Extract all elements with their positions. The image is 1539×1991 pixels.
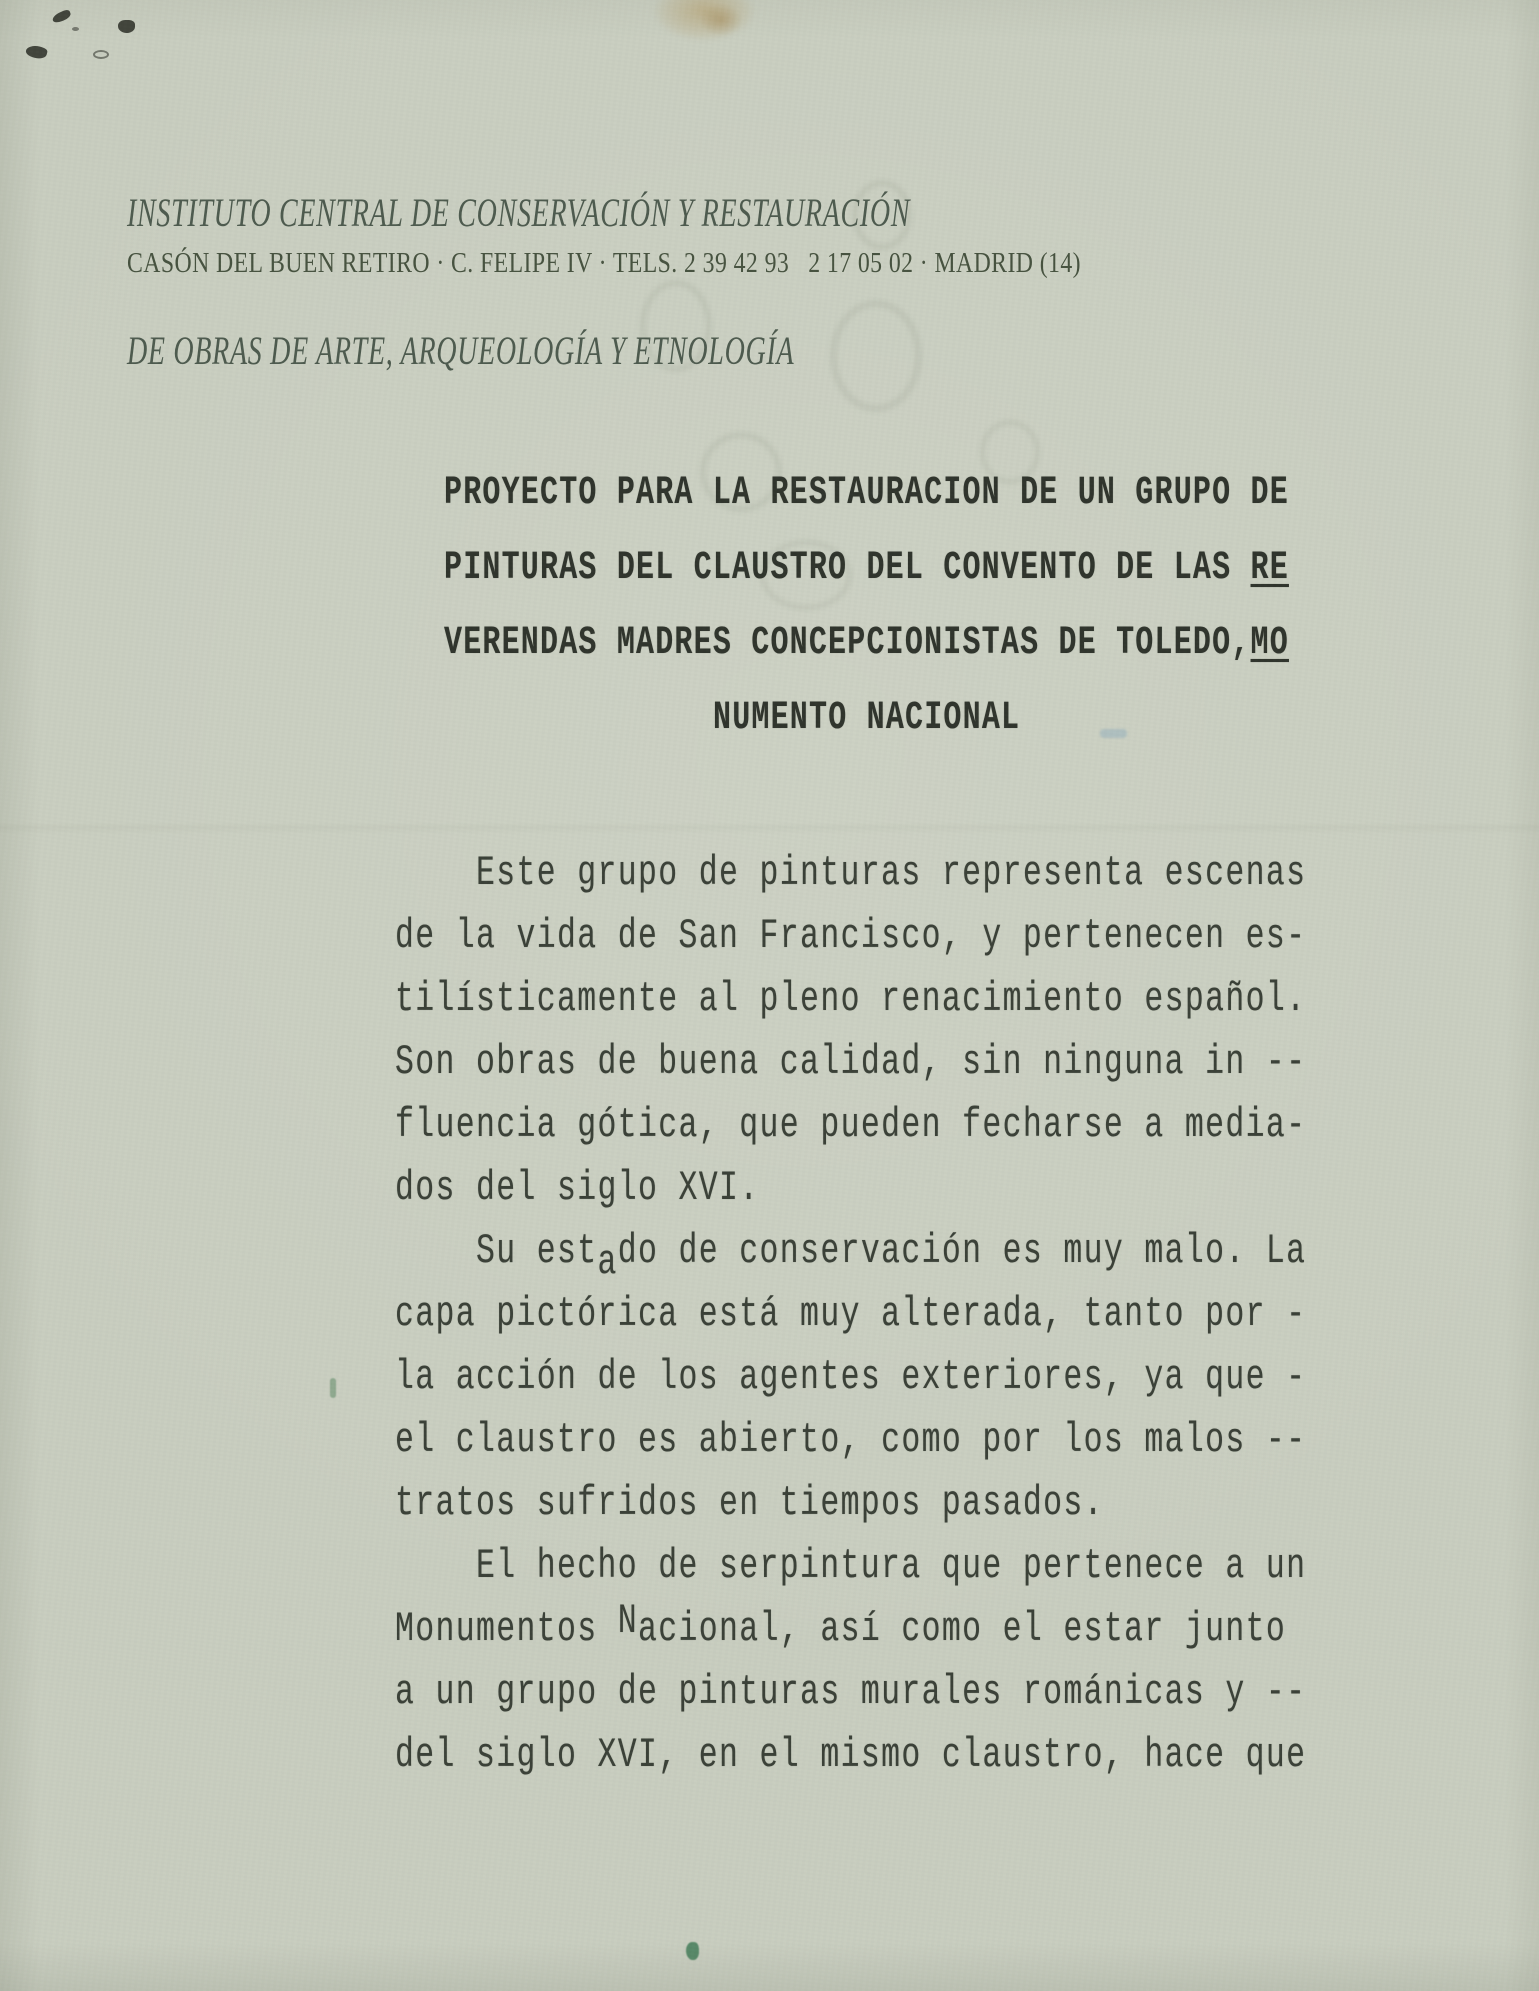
text-segment: do de conservación es muy malo. La <box>618 1227 1307 1275</box>
letterhead-line-1: INSTITUTO CENTRAL DE CONSERVACIÓN Y REST… <box>127 190 910 236</box>
ink-speck <box>93 50 109 59</box>
text-segment: Son obras de buena calidad, sin ninguna … <box>395 1038 1306 1086</box>
text-segment: tratos sufridos en tiempos pasados. <box>395 1479 1104 1527</box>
document-body: Este grupo de pinturas representa escena… <box>395 842 1318 1787</box>
text-segment: acional, así como el estar junto <box>638 1605 1286 1653</box>
letterhead-address: CASÓN DEL BUEN RETIRO · C. FELIPE IV · T… <box>127 247 1081 280</box>
text-segment: tilísticamente al pleno renacimiento esp… <box>395 975 1306 1023</box>
body-line: Su estado de conservación es muy malo. L… <box>395 1220 1318 1283</box>
paper-stain <box>330 1378 336 1398</box>
text-segment: del siglo XVI, en el mismo claustro, hac… <box>395 1731 1306 1779</box>
body-line: Este grupo de pinturas representa escena… <box>395 842 1318 905</box>
title-line: PROYECTO PARA LA RESTAURACION DE UN GRUP… <box>444 456 1289 531</box>
body-line: Monumentos Nacional, así como el estar j… <box>395 1598 1318 1661</box>
text-segment: PINTURAS DEL CLAUSTRO DEL CONVENTO DE LA… <box>444 546 1251 591</box>
body-line: fluencia gótica, que pueden fecharse a m… <box>395 1094 1318 1157</box>
body-line: la acción de los agentes exteriores, ya … <box>395 1346 1318 1409</box>
body-line: de la vida de San Francisco, y pertenece… <box>395 905 1318 968</box>
text-segment: a un grupo de pinturas murales románicas… <box>395 1668 1306 1716</box>
text-segment: dos del siglo XVI. <box>395 1164 760 1212</box>
text-segment: el claustro es abierto, como por los mal… <box>395 1416 1306 1464</box>
text-segment: NUMENTO NACIONAL <box>713 696 1020 741</box>
body-line: dos del siglo XVI. <box>395 1157 1318 1220</box>
document-page: INSTITUTO CENTRAL DE CONSERVACIÓN Y REST… <box>0 0 1539 1991</box>
body-line: capa pictórica está muy alterada, tanto … <box>395 1283 1318 1346</box>
body-line: el claustro es abierto, como por los mal… <box>395 1409 1318 1472</box>
ink-speck <box>25 44 48 61</box>
text-segment: Este grupo de pinturas representa escena… <box>476 849 1306 897</box>
text-segment: N <box>618 1597 638 1645</box>
paper-stain <box>700 4 742 36</box>
body-line: tilísticamente al pleno renacimiento esp… <box>395 968 1318 1031</box>
text-segment: Su est <box>476 1227 598 1275</box>
title-line: NUMENTO NACIONAL <box>444 681 1289 756</box>
body-line: del siglo XVI, en el mismo claustro, hac… <box>395 1724 1318 1787</box>
ink-speck <box>118 20 135 33</box>
ink-speck <box>72 27 79 31</box>
text-segment: de la vida de San Francisco, y pertenece… <box>395 912 1306 960</box>
text-segment: Monumentos <box>395 1605 618 1653</box>
text-segment: El hecho de serpintura que pertenece a u… <box>476 1542 1306 1590</box>
text-segment: capa pictórica está muy alterada, tanto … <box>395 1290 1306 1338</box>
text-segment: fluencia gótica, que pueden fecharse a m… <box>395 1101 1306 1149</box>
document-title: PROYECTO PARA LA RESTAURACION DE UN GRUP… <box>444 456 1289 756</box>
text-segment: la acción de los agentes exteriores, ya … <box>395 1353 1306 1401</box>
body-line: a un grupo de pinturas murales románicas… <box>395 1661 1318 1724</box>
paper-stain <box>686 1942 699 1960</box>
body-line: tratos sufridos en tiempos pasados. <box>395 1472 1318 1535</box>
text-segment: RE <box>1251 546 1289 591</box>
letterhead: INSTITUTO CENTRAL DE CONSERVACIÓN Y REST… <box>127 98 1246 466</box>
body-line: Son obras de buena calidad, sin ninguna … <box>395 1031 1318 1094</box>
title-line: PINTURAS DEL CLAUSTRO DEL CONVENTO DE LA… <box>444 531 1289 606</box>
body-line: El hecho de serpintura que pertenece a u… <box>395 1535 1318 1598</box>
ink-speck <box>51 9 72 24</box>
letterhead-institution: INSTITUTO CENTRAL DE CONSERVACIÓN Y REST… <box>127 98 910 466</box>
text-segment: a <box>598 1238 618 1286</box>
text-segment: MO <box>1251 621 1289 666</box>
letterhead-line-2: DE OBRAS DE ARTE, ARQUEOLOGÍA Y ETNOLOGÍ… <box>127 328 910 374</box>
text-segment: PROYECTO PARA LA RESTAURACION DE UN GRUP… <box>444 471 1289 516</box>
title-line: VERENDAS MADRES CONCEPCIONISTAS DE TOLED… <box>444 606 1289 681</box>
text-segment: VERENDAS MADRES CONCEPCIONISTAS DE TOLED… <box>444 621 1251 666</box>
